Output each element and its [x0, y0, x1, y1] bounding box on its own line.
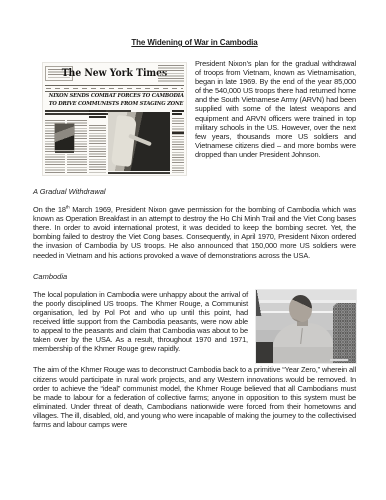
paragraph-withdrawal: On the 18th March 1969, President Nixon … — [33, 205, 356, 260]
mid-headline-bar — [89, 110, 106, 112]
newspaper-edition-box — [158, 65, 184, 82]
page-title: The Widening of War in Cambodia — [33, 38, 356, 47]
year-zero-text: The aim of the Khmer Rouge was to decons… — [33, 365, 356, 429]
newspaper-right-headlines-placeholder — [172, 110, 184, 116]
newspaper-columns — [45, 110, 184, 173]
armchair-shadow-shape — [256, 342, 273, 363]
mid-headline-bar — [89, 116, 106, 118]
photo-watermark-bar — [330, 359, 348, 361]
head-shape — [289, 295, 312, 322]
heading-gradual-withdrawal: A Gradual Withdrawal — [33, 187, 356, 196]
newspaper-dateline-rule — [45, 85, 184, 92]
newspaper-headline-line1: NIXON SENDS COMBAT FORCES TO CAMBODIA — [49, 93, 181, 101]
intro-row: The New York Times NIXON SENDS COMBAT FO… — [33, 59, 356, 175]
mid-headline-bar — [89, 113, 106, 115]
pol-pot-photo — [256, 290, 356, 363]
khmer-rouge-text: The local population in Cambodia were un… — [33, 290, 248, 354]
newspaper-nixon-photo — [108, 112, 170, 171]
newspaper-portrait-photo — [55, 124, 74, 150]
document-page: The Widening of War in Cambodia The New … — [0, 0, 386, 500]
intro-text: President Nixon’s plan for the gradual w… — [195, 59, 356, 159]
newspaper-photo-caption-bar — [108, 172, 170, 174]
newspaper-right-column — [172, 118, 184, 173]
heading-cambodia: Cambodia — [33, 272, 356, 281]
photo-background-shape — [256, 290, 267, 316]
newspaper-headline-line2: TO DRIVE COMMUNISTS FROM STAGING ZONE — [49, 101, 181, 109]
map-shape — [111, 115, 137, 167]
right-column-headline-bar — [172, 132, 184, 134]
withdrawal-text-pre: On the 18 — [33, 205, 66, 214]
right-headline-bar — [172, 113, 182, 115]
newspaper-mid-headlines-placeholder — [89, 110, 106, 123]
newspaper-dateline-text-placeholder — [46, 88, 183, 89]
document-content: The Widening of War in Cambodia The New … — [33, 38, 356, 429]
newspaper-portrait-caption-bar — [55, 151, 74, 153]
newspaper-headline: NIXON SENDS COMBAT FORCES TO CAMBODIA TO… — [49, 93, 181, 108]
newspaper-text-column — [89, 125, 106, 173]
paragraph-khmer-rouge: The local population in Cambodia were un… — [33, 290, 356, 354]
withdrawal-text-rest: March 1969, President Nixon gave permiss… — [33, 205, 356, 259]
intro-paragraph: President Nixon’s plan for the gradual w… — [195, 59, 356, 159]
right-headline-bar — [172, 110, 184, 112]
paragraph-year-zero: The aim of the Khmer Rouge was to decons… — [33, 365, 356, 429]
armchair-pattern-shape — [333, 303, 356, 363]
newspaper-clipping-image: The New York Times NIXON SENDS COMBAT FO… — [43, 63, 186, 175]
